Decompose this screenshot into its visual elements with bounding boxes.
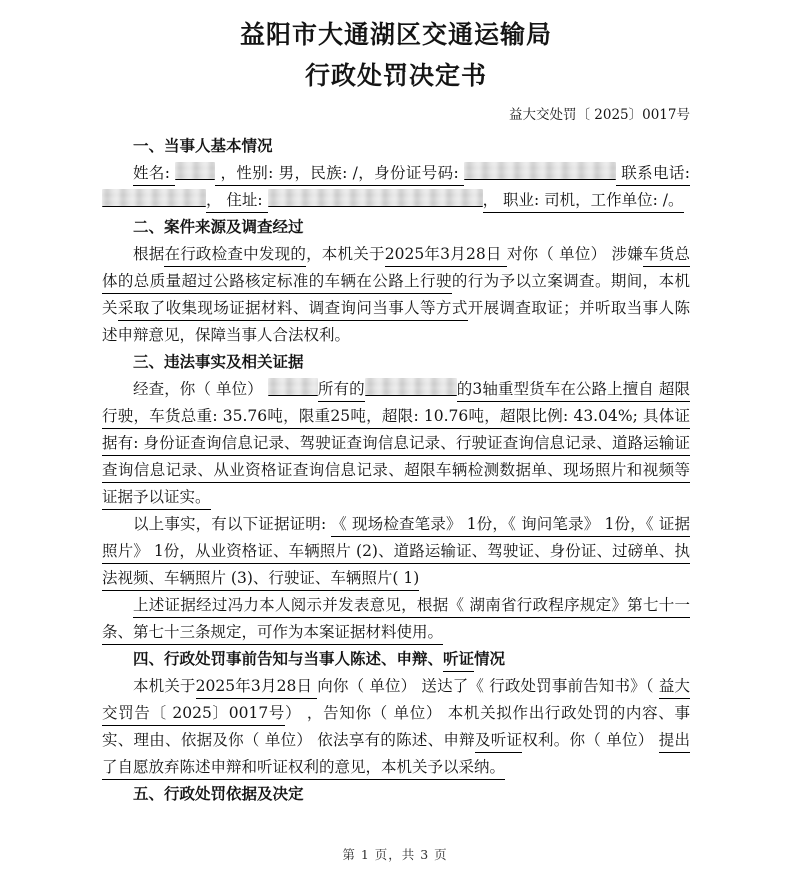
text-run: 三、违法事实及相关证据	[133, 353, 304, 371]
text-run: 向你（ 单位） 送达了《 行政处罚事前告知书》（	[317, 677, 659, 695]
text-run: 以上事实，有以下证据证明:	[133, 515, 331, 533]
redacted-text	[464, 162, 616, 180]
section-3-paragraph-2: 以上事实，有以下证据证明: 《 现场检查笔录》 1份，《 询问笔录》 1份，《 …	[102, 511, 690, 592]
section-2-heading: 二、案件来源及调查经过	[102, 214, 690, 241]
section-5-heading: 五、行政处罚依据及决定	[102, 781, 690, 808]
text-run: 2025年3月28日	[385, 245, 507, 267]
text-run: 听证	[443, 650, 474, 672]
redacted-text	[268, 189, 483, 207]
section-1-heading: 一、当事人基本情况	[102, 133, 690, 160]
document-content: 益阳市大通湖区交通运输局 行政处罚决定书 益大交处罚〔 2025〕0017号 一…	[0, 0, 790, 808]
document-title-authority: 益阳市大通湖区交通运输局	[102, 18, 690, 52]
redacted-text	[102, 189, 206, 207]
text-run: 情况	[474, 650, 505, 668]
section-3-paragraph-3: 上述证据经过冯力本人阅示并发表意见，根据《 湖南省行政程序规定》第七十一条、第七…	[102, 592, 690, 646]
section-illegal-facts-evidence: 三、违法事实及相关证据 经查，你（ 单位） 所有的的3轴重型货车在公路上擅自 超…	[102, 349, 690, 646]
text-run: 二、案件来源及调查经过	[133, 218, 304, 236]
text-run: 一、当事人基本情况	[133, 137, 273, 155]
text-run: ，本机关于	[306, 245, 385, 263]
text-run: 采取了收集现场证据材料、调查询问当事人等方式	[118, 299, 468, 321]
text-run: 在行政检查中发现的	[164, 245, 306, 267]
text-run: 根据	[133, 245, 164, 263]
text-run: 权利。你（ 单位）	[522, 731, 658, 749]
section-3-heading: 三、违法事实及相关证据	[102, 349, 690, 376]
section-4-heading: 四、行政处罚事前告知与当事人陈述、申辩、听证情况	[102, 646, 690, 673]
section-4-paragraph-1: 本机关于2025年3月28日 向你（ 单位） 送达了《 行政处罚事前告知书》（ …	[102, 673, 690, 781]
text-run: 姓名:	[133, 164, 175, 186]
section-1-paragraph-1: 姓名: ，性别: 男，民族: /，身份证号码: 联系电话: ， 住址: ， 职业…	[102, 160, 690, 214]
text-run: ，性别: 男，民族: /，身份证号码:	[215, 164, 464, 186]
redacted-text	[175, 162, 215, 180]
text-run: 及听证	[475, 731, 522, 753]
section-penalty-basis-decision: 五、行政处罚依据及决定	[102, 781, 690, 808]
text-run: 本机关于	[133, 677, 196, 695]
redacted-text	[365, 378, 457, 396]
text-run: ， 住址:	[206, 191, 268, 213]
text-run: ， 职业: 司机，工作单位: /。	[483, 191, 684, 213]
section-party-basic-info: 一、当事人基本情况 姓名: ，性别: 男，民族: /，身份证号码: 联系电话: …	[102, 133, 690, 214]
text-run: 所有的	[318, 380, 365, 402]
text-run: 的3轴重型货车在公路上擅自 超限 行驶，车货总重: 35.76吨，限重25吨，超…	[102, 380, 690, 510]
text-run: 四、行政处罚事前告知与当事人陈述、申辩、	[133, 650, 443, 668]
text-run: 上述证据经过冯力本人阅示并发表意见，根据《 湖南省行政程序规定》第七十一条、第七…	[102, 596, 690, 645]
text-run: 对你（ 单位） 涉嫌	[507, 245, 643, 263]
section-3-paragraph-1: 经查，你（ 单位） 所有的的3轴重型货车在公路上擅自 超限 行驶，车货总重: 3…	[102, 376, 690, 511]
text-run: 联系电话:	[616, 164, 690, 186]
section-prior-notice-statement-defense-hearing: 四、行政处罚事前告知与当事人陈述、申辩、听证情况 本机关于2025年3月28日 …	[102, 646, 690, 781]
section-case-source-investigation: 二、案件来源及调查经过 根据在行政检查中发现的，本机关于2025年3月28日 对…	[102, 214, 690, 349]
text-run: 2025年3月28日	[196, 677, 318, 699]
redacted-text	[268, 378, 318, 396]
document-number: 益大交处罚〔 2025〕0017号	[102, 106, 690, 124]
document-title-type: 行政处罚决定书	[102, 59, 690, 93]
administrative-penalty-decision-page: 益阳市大通湖区交通运输局 行政处罚决定书 益大交处罚〔 2025〕0017号 一…	[0, 0, 790, 883]
section-2-paragraph-1: 根据在行政检查中发现的，本机关于2025年3月28日 对你（ 单位） 涉嫌车货总…	[102, 241, 690, 349]
text-run: 五、行政处罚依据及决定	[133, 785, 304, 803]
page-number-footer: 第 1 页，共 3 页	[0, 845, 790, 863]
text-run: 经查，你（ 单位）	[133, 380, 268, 398]
